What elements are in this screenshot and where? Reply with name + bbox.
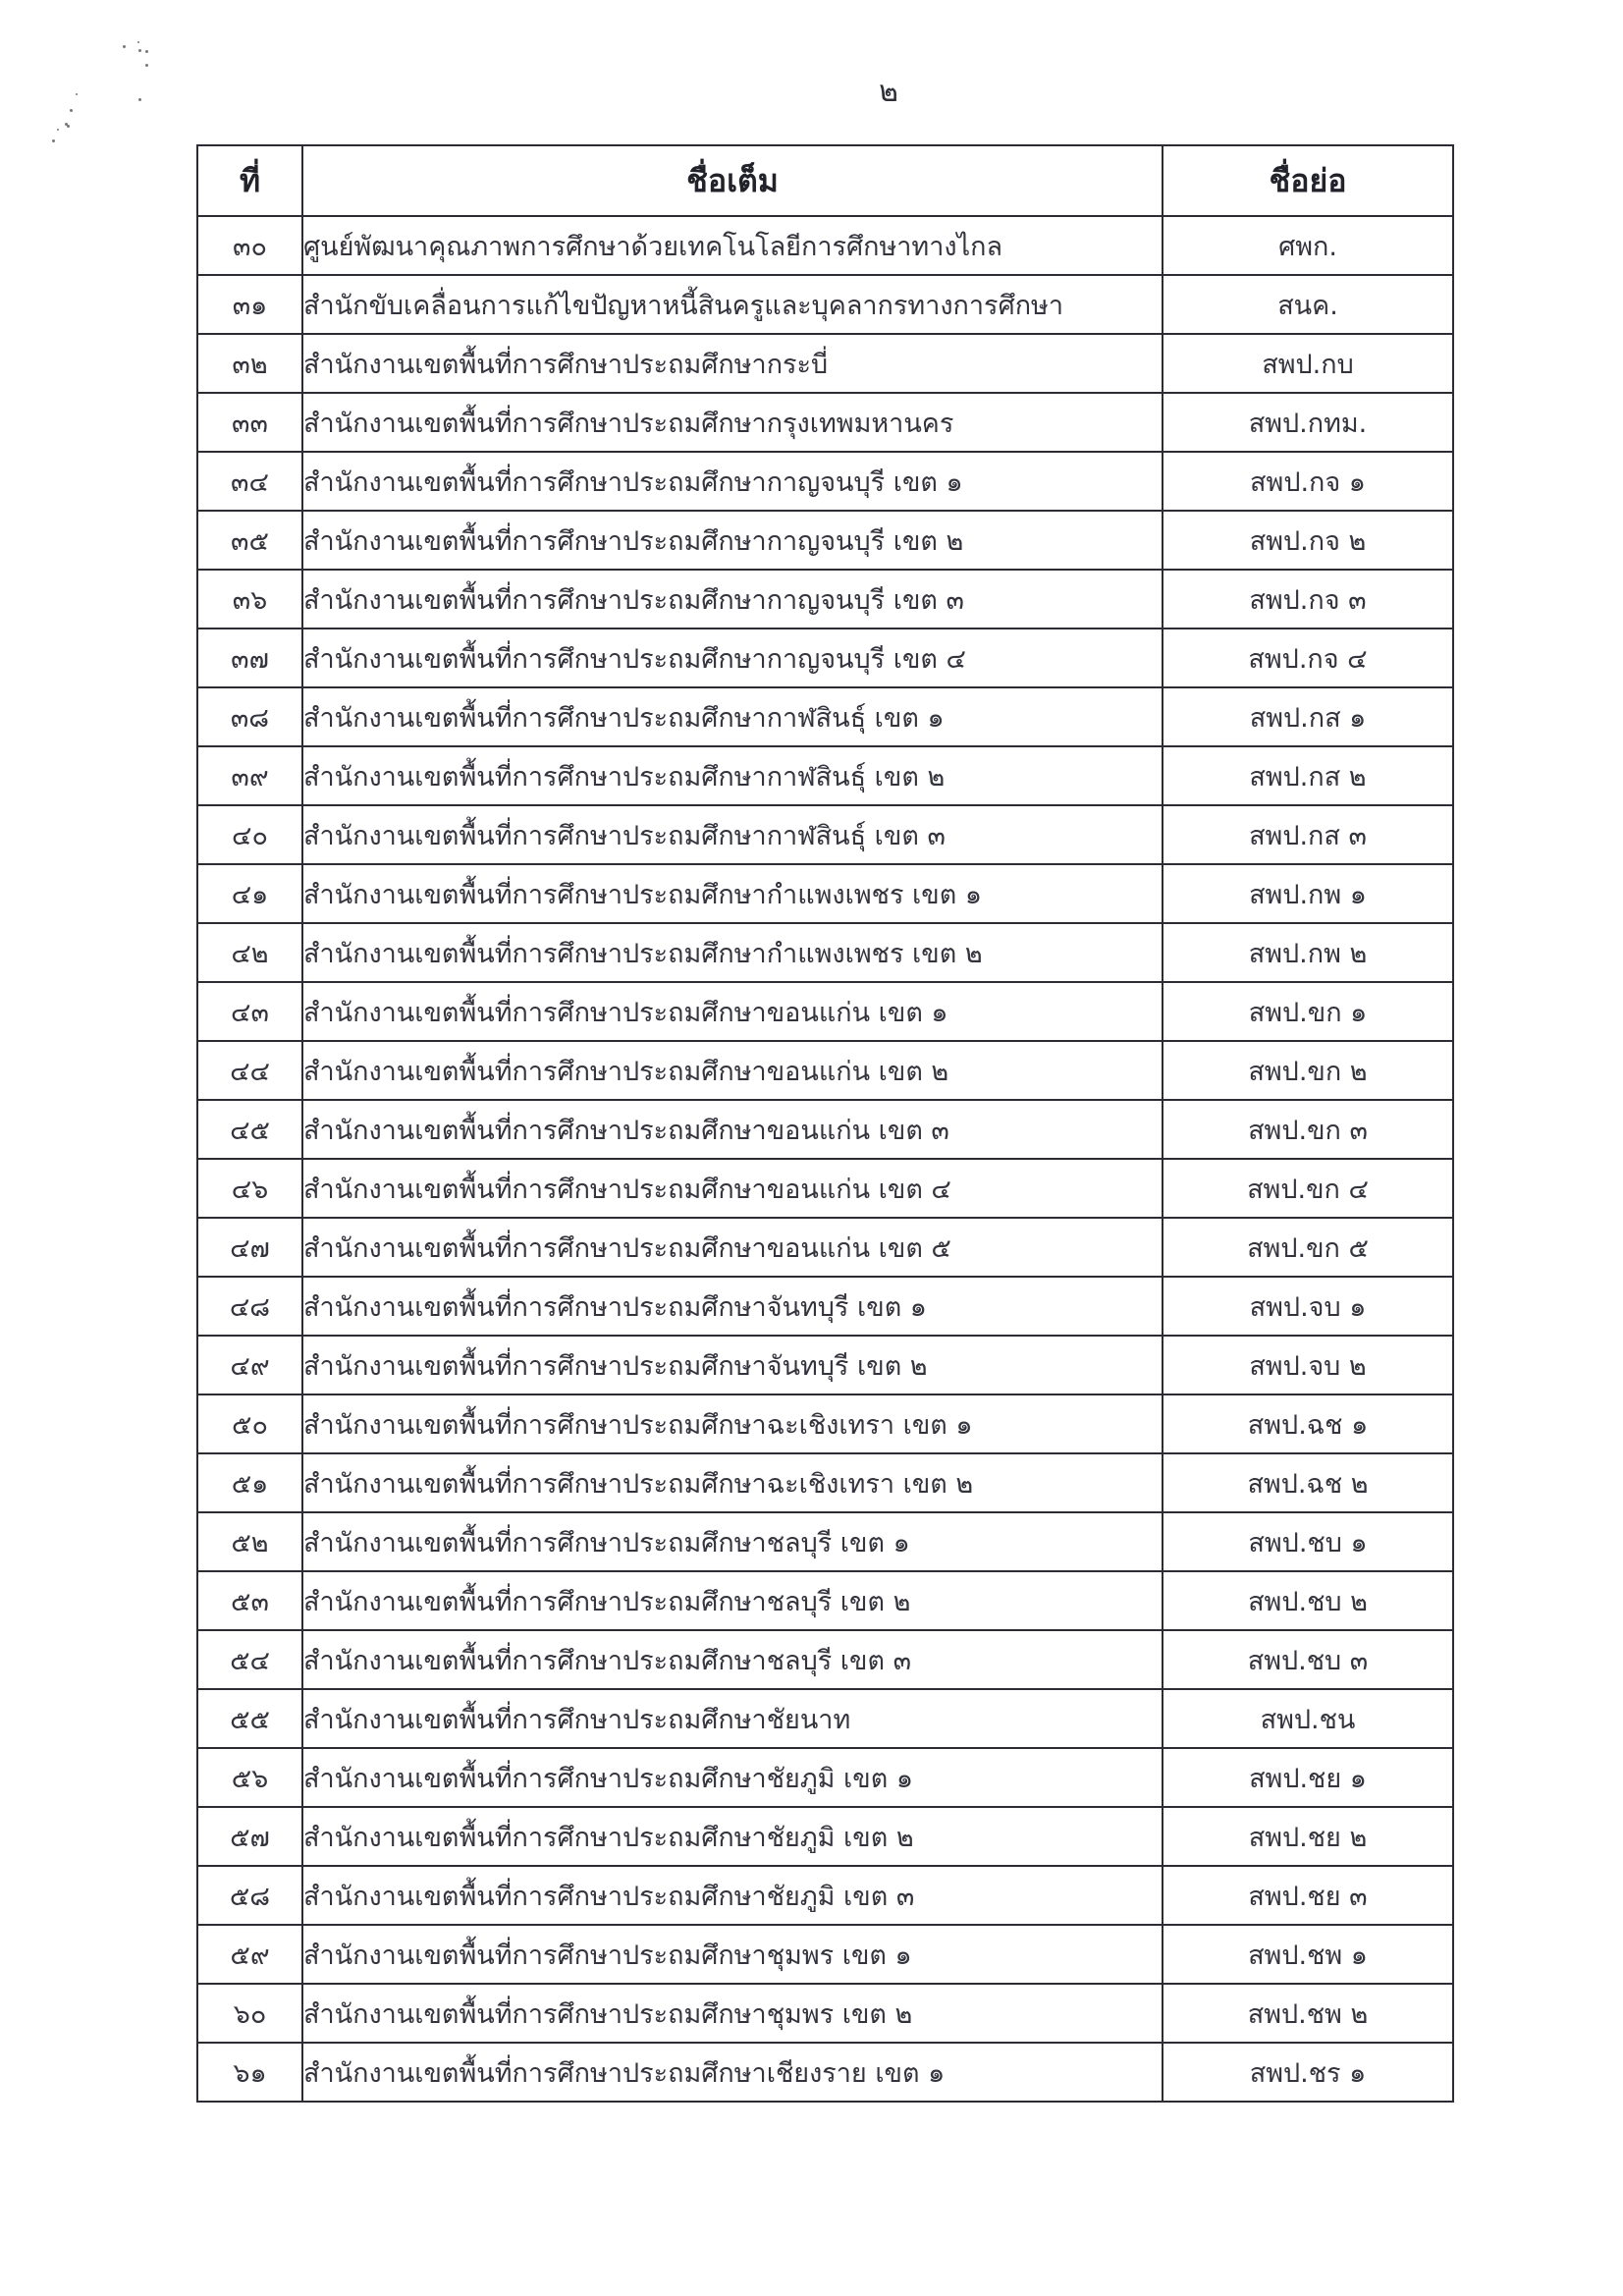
row-full-name: สำนักงานเขตพื้นที่การศึกษาประถมศึกษากาฬส… [302, 687, 1163, 746]
row-abbreviation: สพป.ชย ๒ [1163, 1807, 1453, 1866]
table-row: ๕๕สำนักงานเขตพื้นที่การศึกษาประถมศึกษาชั… [197, 1689, 1453, 1748]
row-abbreviation: สพป.ชบ ๑ [1163, 1512, 1453, 1571]
row-number: ๕๐ [197, 1394, 302, 1453]
row-full-name: สำนักงานเขตพื้นที่การศึกษาประถมศึกษาขอนแ… [302, 1159, 1163, 1218]
row-full-name: สำนักงานเขตพื้นที่การศึกษาประถมศึกษากาฬส… [302, 746, 1163, 805]
row-number: ๕๙ [197, 1925, 302, 1984]
row-number: ๔๐ [197, 805, 302, 864]
table-row: ๕๑สำนักงานเขตพื้นที่การศึกษาประถมศึกษาฉะ… [197, 1453, 1453, 1512]
table-row: ๔๙สำนักงานเขตพื้นที่การศึกษาประถมศึกษาจั… [197, 1336, 1453, 1394]
row-full-name: สำนักงานเขตพื้นที่การศึกษาประถมศึกษาขอนแ… [302, 982, 1163, 1041]
row-abbreviation: สพป.กจ ๑ [1163, 452, 1453, 511]
row-full-name: สำนักงานเขตพื้นที่การศึกษาประถมศึกษากาญจ… [302, 452, 1163, 511]
row-number: ๓๑ [197, 275, 302, 334]
row-number: ๓๐ [197, 216, 302, 275]
row-abbreviation: สพป.ชพ ๒ [1163, 1984, 1453, 2043]
row-full-name: สำนักงานเขตพื้นที่การศึกษาประถมศึกษากรุง… [302, 393, 1163, 452]
table-row: ๖๑สำนักงานเขตพื้นที่การศึกษาประถมศึกษาเช… [197, 2043, 1453, 2102]
table-row: ๓๕สำนักงานเขตพื้นที่การศึกษาประถมศึกษากา… [197, 511, 1453, 570]
row-abbreviation: สพป.กส ๓ [1163, 805, 1453, 864]
row-number: ๕๖ [197, 1748, 302, 1807]
row-abbreviation: สพป.กจ ๓ [1163, 570, 1453, 629]
row-number: ๓๔ [197, 452, 302, 511]
scan-speck [137, 41, 139, 43]
row-abbreviation: สพป.ชน [1163, 1689, 1453, 1748]
row-abbreviation: ศพก. [1163, 216, 1453, 275]
row-number: ๔๗ [197, 1218, 302, 1277]
table-row: ๕๔สำนักงานเขตพื้นที่การศึกษาประถมศึกษาชล… [197, 1630, 1453, 1689]
table-row: ๓๓สำนักงานเขตพื้นที่การศึกษาประถมศึกษากร… [197, 393, 1453, 452]
table-row: ๓๑สำนักขับเคลื่อนการแก้ไขปัญหาหนี้สินครู… [197, 275, 1453, 334]
row-full-name: สำนักงานเขตพื้นที่การศึกษาประถมศึกษาชัยภ… [302, 1866, 1163, 1925]
table-row: ๔๗สำนักงานเขตพื้นที่การศึกษาประถมศึกษาขอ… [197, 1218, 1453, 1277]
table-row: ๔๐สำนักงานเขตพื้นที่การศึกษาประถมศึกษากา… [197, 805, 1453, 864]
row-number: ๕๒ [197, 1512, 302, 1571]
row-number: ๓๒ [197, 334, 302, 393]
row-abbreviation: สพป.ชย ๓ [1163, 1866, 1453, 1925]
row-full-name: สำนักงานเขตพื้นที่การศึกษาประถมศึกษาชลบุ… [302, 1512, 1163, 1571]
row-abbreviation: สพป.ชพ ๑ [1163, 1925, 1453, 1984]
row-number: ๔๙ [197, 1336, 302, 1394]
table-row: ๕๒สำนักงานเขตพื้นที่การศึกษาประถมศึกษาชล… [197, 1512, 1453, 1571]
row-number: ๔๒ [197, 923, 302, 982]
row-number: ๔๘ [197, 1277, 302, 1336]
row-full-name: สำนักงานเขตพื้นที่การศึกษาประถมศึกษาเชีย… [302, 2043, 1163, 2102]
row-full-name: สำนักขับเคลื่อนการแก้ไขปัญหาหนี้สินครูแล… [302, 275, 1163, 334]
row-abbreviation: สพป.ขก ๔ [1163, 1159, 1453, 1218]
row-full-name: สำนักงานเขตพื้นที่การศึกษาประถมศึกษากาญจ… [302, 511, 1163, 570]
row-abbreviation: สพป.ชย ๑ [1163, 1748, 1453, 1807]
row-number: ๕๓ [197, 1571, 302, 1630]
table-row: ๔๕สำนักงานเขตพื้นที่การศึกษาประถมศึกษาขอ… [197, 1100, 1453, 1159]
row-full-name: สำนักงานเขตพื้นที่การศึกษาประถมศึกษาชัยน… [302, 1689, 1163, 1748]
scan-speck [52, 139, 55, 142]
scan-speck [145, 64, 148, 67]
scan-speck [70, 109, 73, 112]
table-row: ๓๗สำนักงานเขตพื้นที่การศึกษาประถมศึกษากา… [197, 629, 1453, 687]
row-abbreviation: สพป.จบ ๑ [1163, 1277, 1453, 1336]
table-row: ๔๑สำนักงานเขตพื้นที่การศึกษาประถมศึกษากำ… [197, 864, 1453, 923]
row-full-name: สำนักงานเขตพื้นที่การศึกษาประถมศึกษากำแพ… [302, 923, 1163, 982]
row-number: ๓๘ [197, 687, 302, 746]
row-number: ๓๙ [197, 746, 302, 805]
row-abbreviation: สพป.ขก ๕ [1163, 1218, 1453, 1277]
scan-speck [57, 129, 59, 131]
row-full-name: สำนักงานเขตพื้นที่การศึกษาประถมศึกษาจันท… [302, 1277, 1163, 1336]
table-row: ๖๐สำนักงานเขตพื้นที่การศึกษาประถมศึกษาชุ… [197, 1984, 1453, 2043]
row-full-name: สำนักงานเขตพื้นที่การศึกษาประถมศึกษาจันท… [302, 1336, 1163, 1394]
row-abbreviation: สพป.ชร ๑ [1163, 2043, 1453, 2102]
header-no: ที่ [197, 145, 302, 216]
row-abbreviation: สพป.ฉช ๑ [1163, 1394, 1453, 1453]
table-row: ๕๐สำนักงานเขตพื้นที่การศึกษาประถมศึกษาฉะ… [197, 1394, 1453, 1453]
agency-abbreviation-table: ที่ ชื่อเต็ม ชื่อย่อ ๓๐ศูนย์พัฒนาคุณภาพก… [196, 144, 1454, 2103]
row-abbreviation: สพป.กพ ๑ [1163, 864, 1453, 923]
row-abbreviation: สพป.กจ ๔ [1163, 629, 1453, 687]
row-full-name: สำนักงานเขตพื้นที่การศึกษาประถมศึกษากำแพ… [302, 864, 1163, 923]
row-abbreviation: สพป.กส ๑ [1163, 687, 1453, 746]
row-number: ๕๗ [197, 1807, 302, 1866]
page-number: ๒ [864, 69, 913, 115]
row-full-name: สำนักงานเขตพื้นที่การศึกษาประถมศึกษาชุมพ… [302, 1984, 1163, 2043]
scan-speck [145, 50, 148, 53]
row-number: ๓๓ [197, 393, 302, 452]
scan-speck [138, 49, 141, 52]
row-abbreviation: สพป.กบ [1163, 334, 1453, 393]
row-full-name: สำนักงานเขตพื้นที่การศึกษาประถมศึกษากระบ… [302, 334, 1163, 393]
scan-speck [123, 45, 126, 48]
row-full-name: สำนักงานเขตพื้นที่การศึกษาประถมศึกษาชัยภ… [302, 1807, 1163, 1866]
table-body: ๓๐ศูนย์พัฒนาคุณภาพการศึกษาด้วยเทคโนโลยีก… [197, 216, 1453, 2102]
row-full-name: สำนักงานเขตพื้นที่การศึกษาประถมศึกษาชลบุ… [302, 1630, 1163, 1689]
row-full-name: สำนักงานเขตพื้นที่การศึกษาประถมศึกษาชัยภ… [302, 1748, 1163, 1807]
table-row: ๓๘สำนักงานเขตพื้นที่การศึกษาประถมศึกษากา… [197, 687, 1453, 746]
table-row: ๓๙สำนักงานเขตพื้นที่การศึกษาประถมศึกษากา… [197, 746, 1453, 805]
row-full-name: สำนักงานเขตพื้นที่การศึกษาประถมศึกษาขอนแ… [302, 1100, 1163, 1159]
table-row: ๕๓สำนักงานเขตพื้นที่การศึกษาประถมศึกษาชล… [197, 1571, 1453, 1630]
table-row: ๓๒สำนักงานเขตพื้นที่การศึกษาประถมศึกษากร… [197, 334, 1453, 393]
row-abbreviation: สพป.ขก ๑ [1163, 982, 1453, 1041]
row-abbreviation: สพป.กทม. [1163, 393, 1453, 452]
row-number: ๖๑ [197, 2043, 302, 2102]
row-full-name: สำนักงานเขตพื้นที่การศึกษาประถมศึกษากาฬส… [302, 805, 1163, 864]
row-abbreviation: สพป.ชบ ๒ [1163, 1571, 1453, 1630]
row-number: ๔๕ [197, 1100, 302, 1159]
header-full-name: ชื่อเต็ม [302, 145, 1163, 216]
row-number: ๔๑ [197, 864, 302, 923]
row-number: ๓๕ [197, 511, 302, 570]
row-number: ๕๔ [197, 1630, 302, 1689]
row-number: ๖๐ [197, 1984, 302, 2043]
row-abbreviation: สพป.กส ๒ [1163, 746, 1453, 805]
row-full-name: สำนักงานเขตพื้นที่การศึกษาประถมศึกษาชลบุ… [302, 1571, 1163, 1630]
row-abbreviation: สพป.ชบ ๓ [1163, 1630, 1453, 1689]
row-abbreviation: สนค. [1163, 275, 1453, 334]
table-row: ๕๘สำนักงานเขตพื้นที่การศึกษาประถมศึกษาชั… [197, 1866, 1453, 1925]
row-full-name: สำนักงานเขตพื้นที่การศึกษาประถมศึกษากาญจ… [302, 629, 1163, 687]
table-row: ๓๔สำนักงานเขตพื้นที่การศึกษาประถมศึกษากา… [197, 452, 1453, 511]
row-full-name: สำนักงานเขตพื้นที่การศึกษาประถมศึกษาชุมพ… [302, 1925, 1163, 1984]
row-abbreviation: สพป.ขก ๒ [1163, 1041, 1453, 1100]
row-number: ๓๗ [197, 629, 302, 687]
table-row: ๓๐ศูนย์พัฒนาคุณภาพการศึกษาด้วยเทคโนโลยีก… [197, 216, 1453, 275]
table-row: ๔๘สำนักงานเขตพื้นที่การศึกษาประถมศึกษาจั… [197, 1277, 1453, 1336]
table-row: ๔๔สำนักงานเขตพื้นที่การศึกษาประถมศึกษาขอ… [197, 1041, 1453, 1100]
row-number: ๕๕ [197, 1689, 302, 1748]
row-full-name: สำนักงานเขตพื้นที่การศึกษาประถมศึกษาขอนแ… [302, 1041, 1163, 1100]
row-abbreviation: สพป.ฉช ๒ [1163, 1453, 1453, 1512]
table-row: ๔๒สำนักงานเขตพื้นที่การศึกษาประถมศึกษากำ… [197, 923, 1453, 982]
row-full-name: สำนักงานเขตพื้นที่การศึกษาประถมศึกษากาญจ… [302, 570, 1163, 629]
table-row: ๔๓สำนักงานเขตพื้นที่การศึกษาประถมศึกษาขอ… [197, 982, 1453, 1041]
table-row: ๕๗สำนักงานเขตพื้นที่การศึกษาประถมศึกษาชั… [197, 1807, 1453, 1866]
scan-speck [138, 98, 141, 101]
scan-speck [76, 93, 78, 95]
row-full-name: สำนักงานเขตพื้นที่การศึกษาประถมศึกษาฉะเช… [302, 1394, 1163, 1453]
row-number: ๔๖ [197, 1159, 302, 1218]
row-abbreviation: สพป.กพ ๒ [1163, 923, 1453, 982]
row-abbreviation: สพป.กจ ๒ [1163, 511, 1453, 570]
row-full-name: สำนักงานเขตพื้นที่การศึกษาประถมศึกษาขอนแ… [302, 1218, 1163, 1277]
row-number: ๓๖ [197, 570, 302, 629]
row-abbreviation: สพป.จบ ๒ [1163, 1336, 1453, 1394]
table-row: ๔๖สำนักงานเขตพื้นที่การศึกษาประถมศึกษาขอ… [197, 1159, 1453, 1218]
table-row: ๓๖สำนักงานเขตพื้นที่การศึกษาประถมศึกษากา… [197, 570, 1453, 629]
table-row: ๕๖สำนักงานเขตพื้นที่การศึกษาประถมศึกษาชั… [197, 1748, 1453, 1807]
row-number: ๔๔ [197, 1041, 302, 1100]
row-number: ๕๘ [197, 1866, 302, 1925]
row-full-name: สำนักงานเขตพื้นที่การศึกษาประถมศึกษาฉะเช… [302, 1453, 1163, 1512]
header-abbreviation: ชื่อย่อ [1163, 145, 1453, 216]
row-number: ๕๑ [197, 1453, 302, 1512]
table-header-row: ที่ ชื่อเต็ม ชื่อย่อ [197, 145, 1453, 216]
row-number: ๔๓ [197, 982, 302, 1041]
row-abbreviation: สพป.ขก ๓ [1163, 1100, 1453, 1159]
row-full-name: ศูนย์พัฒนาคุณภาพการศึกษาด้วยเทคโนโลยีการ… [302, 216, 1163, 275]
scan-speck [67, 125, 70, 128]
table-row: ๕๙สำนักงานเขตพื้นที่การศึกษาประถมศึกษาชุ… [197, 1925, 1453, 1984]
